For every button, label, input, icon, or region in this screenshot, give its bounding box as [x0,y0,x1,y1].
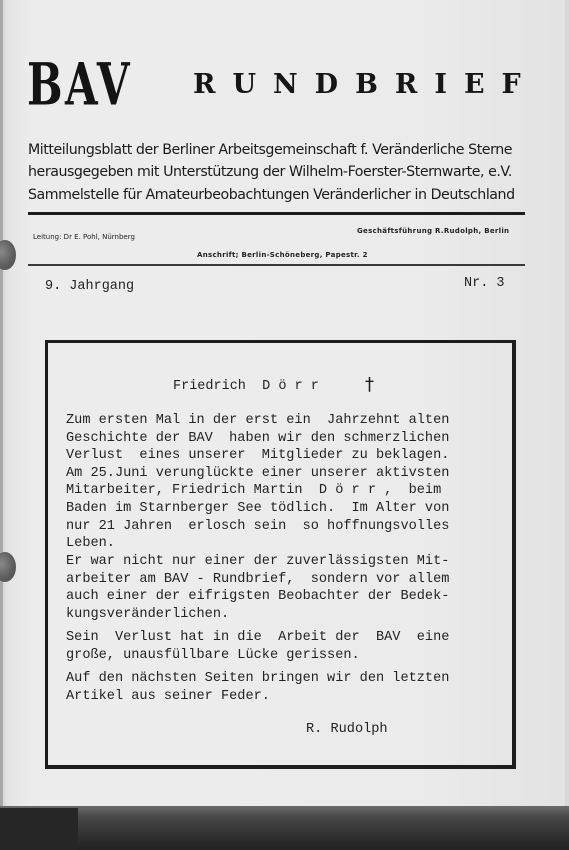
obituary-title: Friedrich D ö r r [173,378,319,396]
obituary-paragraph: Sein Verlust hat in die Arbeit der BAV e… [66,629,449,664]
geschaeftsfuehrung-info: Geschäftsführung R.Rudolph, Berlin [357,226,509,236]
punch-hole-icon [0,240,16,270]
address-info: Anschrift; Berlin-Schöneberg, Papestr. 2 [197,250,368,260]
subtitle-line-3: Sammelstelle für Amateurbeobachtungen Ve… [28,186,515,204]
page-edge [0,0,3,808]
document-page: BAV RUNDBRIEF Mitteilungsblatt der Berli… [0,0,569,808]
info-divider [28,264,525,266]
leitung-info: Leitung: Dr E. Pohl, Nürnberg [33,232,135,242]
cross-icon: † [365,374,374,396]
punch-hole-icon [0,552,16,582]
newsletter-title: RUNDBRIEF [193,70,538,100]
scan-shadow [0,808,78,850]
signature: R. Rudolph [306,721,388,739]
volume-label: 9. Jahrgang [45,278,134,296]
obituary-paragraph: Er war nicht nur einer der zuverlässigst… [66,553,449,623]
bav-logo: BAV [27,55,132,113]
issue-number: Nr. 3 [464,275,505,293]
subtitle-line-1: Mitteilungsblatt der Berliner Arbeitsgem… [28,141,512,159]
obituary-paragraph: Zum ersten Mal in der erst ein Jahrzehnt… [66,412,449,553]
masthead-divider [28,212,525,215]
scan-background [0,806,569,850]
obituary-paragraph: Auf den nächsten Seiten bringen wir den … [66,670,449,705]
subtitle-line-2: herausgegeben mit Unterstützung der Wilh… [28,163,512,181]
